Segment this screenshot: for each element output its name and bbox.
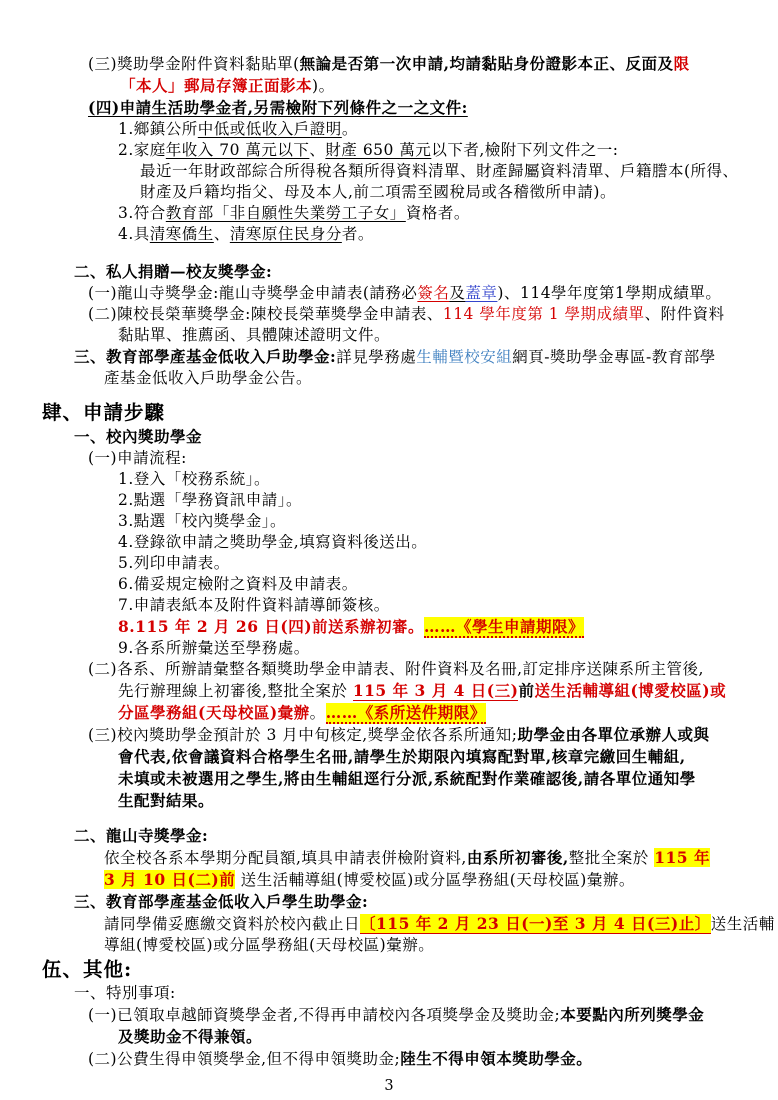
- doc-line: (二)各系、所辦請彙整各類獎助學金申請表、附件資料及名冊,訂定排序送陳系所主管後…: [88, 659, 778, 680]
- text-run: 三、教育部學產基金低收入戶學生助學金:: [74, 892, 368, 911]
- text-run: 無論是否第一次申請,均請黏貼身份證影本正、反面及: [300, 54, 674, 73]
- text-run: 請同學備妥應繳交資料於校內截止日: [104, 915, 360, 933]
- doc-line: 1.登入「校務系統」。: [118, 469, 778, 490]
- text-run: 二、私人捐贈—校友獎學金:: [74, 262, 272, 281]
- doc-line: 肆、申請步驟: [42, 399, 778, 426]
- text-run: (一)已領取卓越師資獎學金者,不得再申請校內各項獎學金及獎助金;: [88, 1006, 560, 1024]
- text-run: 2.家庭: [118, 141, 166, 159]
- doc-line: 8.115 年 2 月 26 日(四)前送系辦初審。……《學生申請期限》: [118, 616, 778, 638]
- text-run: ……《學生申請期限》: [424, 617, 584, 638]
- doc-line: 及獎助金不得兼領。: [118, 1026, 778, 1048]
- text-run: (三)獎助學金附件資料黏貼單(: [88, 55, 300, 73]
- text-run: 〔115 年 2 月 23 日(一)至 3 月 4 日(三)止〕: [360, 914, 711, 934]
- text-run: 財產 650 萬元: [325, 141, 431, 159]
- text-run: 3.符合: [118, 204, 166, 222]
- text-run: 8.115 年 2 月 26 日(四)前送系辦初審。: [118, 617, 424, 636]
- text-run: 本要點內所列獎學金: [560, 1005, 704, 1024]
- text-run: 生輔暨校安組: [416, 348, 512, 366]
- doc-line: 黏貼單、推薦函、具體陳述證明文件。: [118, 325, 778, 346]
- doc-line: 先行辦理線上初審後,整批全案於 115 年 3 月 4 日(三)前送生活輔導組(…: [118, 680, 778, 702]
- doc-line: 財產及戶籍均指父、母及本人,前二項需至國稅局或各稽徵所申請)。: [140, 182, 778, 203]
- text-run: 肆、申請步驟: [42, 401, 165, 424]
- text-run: 2.點選「學務資訊申請」。: [118, 491, 302, 509]
- text-run: 年收入 70 萬元以下: [166, 141, 310, 159]
- text-run: 送生活輔: [711, 915, 775, 933]
- doc-line: 一、校內獎助學金: [74, 426, 778, 448]
- doc-line: (三)獎助學金附件資料黏貼單(無論是否第一次申請,均請黏貼身份證影本正、反面及限: [88, 53, 778, 75]
- text-run: 生配對結果。: [118, 791, 214, 810]
- doc-line: 3 月 10 日(二)前 送生活輔導組(博愛校區)或分區學務組(天母校區)彙辦。: [104, 869, 778, 891]
- text-run: 一、特別事項:: [74, 984, 176, 1002]
- text-run: 網頁-獎助學金專區-教育部學: [512, 348, 715, 366]
- page-number: 3: [0, 1078, 778, 1094]
- text-run: 一、校內獎助學金: [74, 427, 202, 446]
- text-run: 、: [214, 225, 230, 243]
- text-run: 7.申請表紙本及附件資料請導師簽核。: [118, 596, 390, 614]
- doc-line: (三)校內獎助學金預計於 3 月中旬核定,獎學金依各系所通知;助學金由各單位承辦…: [88, 724, 778, 746]
- text-run: 依全校各系本學期分配員額,填具申請表併檢附資料,: [104, 849, 467, 867]
- text-run: 財產及戶籍均指父、母及本人,前二項需至國稅局或各稽徵所申請)。: [140, 183, 616, 201]
- doc-line: (一)龍山寺獎學金:龍山寺獎學金申請表(請務必簽名及蓋章)、114學年度第1學期…: [88, 283, 778, 304]
- text-run: 資格者。: [406, 204, 470, 222]
- document-body: (三)獎助學金附件資料黏貼單(無論是否第一次申請,均請黏貼身份證影本正、反面及限…: [0, 53, 778, 1070]
- text-run: 黏貼單、推薦函、具體陳述證明文件。: [118, 326, 390, 344]
- doc-line: 三、教育部學產基金低收入戶助學金:詳見學務處生輔暨校安組網頁-獎助學金專區-教育…: [74, 346, 778, 368]
- text-run: 產基金低收入戶助學金公告。: [104, 369, 312, 387]
- text-run: 詳見學務處: [336, 348, 416, 366]
- text-run: 以下者,檢附下列文件之一:: [431, 141, 618, 159]
- text-run: 3 月 10 日(二)前: [104, 870, 235, 889]
- text-run: 中低或低收入戶證明: [198, 120, 342, 138]
- doc-line: (四)申請生活助學金者,另需檢附下列條件之一之文件:: [88, 97, 778, 119]
- text-run: 及: [449, 284, 465, 302]
- doc-line: 分區學務組(天母校區)彙辦。……《系所送件期限》: [118, 702, 778, 724]
- doc-line: 2.點選「學務資訊申請」。: [118, 490, 778, 511]
- text-run: )、114學年度第1學期成績單。: [497, 284, 721, 302]
- doc-line: (一)已領取卓越師資獎學金者,不得再申請校內各項獎學金及獎助金;本要點內所列獎學…: [88, 1004, 778, 1026]
- text-run: 助學金由各單位承辦人或與: [517, 725, 709, 744]
- doc-line: 1.鄉鎮公所中低或低收入戶證明。: [118, 119, 778, 140]
- text-run: 伍、其他:: [42, 958, 132, 981]
- text-run: 、附件資料: [645, 305, 725, 323]
- doc-line: 最近一年財政部綜合所得稅各類所得資料清單、財產歸屬資料清單、戶籍謄本(所得、: [140, 161, 778, 182]
- text-run: (二)陳校長榮華獎學金:陳校長榮華獎學金申請表、: [88, 305, 443, 323]
- text-run: (一)申請流程:: [88, 449, 187, 467]
- doc-line: 4.具清寒僑生、清寒原住民身分者。: [118, 224, 778, 245]
- text-run: 1.登入「校務系統」。: [118, 470, 270, 488]
- text-run: 。: [310, 704, 326, 722]
- text-run: 114 學年度第 1 學期成績單: [443, 305, 645, 323]
- document-page: (三)獎助學金附件資料黏貼單(無論是否第一次申請,均請黏貼身份證影本正、反面及限…: [0, 0, 778, 1100]
- text-run: 、: [309, 141, 325, 159]
- text-run: 4.具: [118, 225, 150, 243]
- text-run: 未填或未被選用之學生,將由生輔組逕行分派,系統配對作業確認後,請各單位通知學: [118, 769, 696, 788]
- text-run: (一)龍山寺獎學金:龍山寺獎學金申請表(請務必: [88, 284, 417, 302]
- doc-line: (二)公費生得申領獎學金,但不得申領獎助金;陸生不得申領本獎助學金。: [88, 1048, 778, 1070]
- doc-line: 7.申請表紙本及附件資料請導師簽核。: [118, 595, 778, 616]
- text-run: (二)各系、所辦請彙整各類獎助學金申請表、附件資料及名冊,訂定排序送陳系所主管後…: [88, 660, 704, 678]
- text-run: 115 年 3 月 4 日(三): [353, 681, 519, 701]
- text-run: 5.列印申請表。: [118, 554, 230, 572]
- text-run: 「本人」郵局存簿正面影本: [120, 76, 312, 95]
- text-run: 二、龍山寺獎學金:: [74, 826, 208, 845]
- text-run: 導組(博愛校區)或分區學務組(天母校區)彙辦。: [104, 936, 434, 954]
- text-run: 9.各系所辦彙送至學務處。: [118, 639, 310, 657]
- text-run: 4.登錄欲申請之獎助學金,填寫資料後送出。: [118, 533, 427, 551]
- text-run: 陸生不得申領本獎助學金。: [400, 1049, 592, 1068]
- doc-line: 6.備妥規定檢附之資料及申請表。: [118, 574, 778, 595]
- text-run: 及獎助金不得兼領。: [118, 1027, 262, 1046]
- doc-line: 5.列印申請表。: [118, 553, 778, 574]
- text-run: 清寒原住民身分: [230, 225, 342, 243]
- text-run: 6.備妥規定檢附之資料及申請表。: [118, 575, 358, 593]
- text-run: 115 年: [654, 848, 710, 867]
- text-run: 限: [674, 54, 690, 73]
- doc-line: 3.符合教育部「非自願性失業勞工子女」資格者。: [118, 203, 778, 224]
- text-run: 蓋章: [465, 284, 497, 302]
- doc-line: (一)申請流程:: [88, 448, 778, 469]
- doc-line: (二)陳校長榮華獎學金:陳校長榮華獎學金申請表、114 學年度第 1 學期成績單…: [88, 304, 778, 325]
- doc-line: 依全校各系本學期分配員額,填具申請表併檢附資料,由系所初審後,整批全案於 115…: [104, 847, 778, 869]
- doc-line: 一、特別事項:: [74, 983, 778, 1004]
- doc-line: 會代表,依會議資料合格學生名冊,請學生於期限內填寫配對單,核章完繳回生輔組,: [118, 746, 778, 768]
- text-run: (三)校內獎助學金預計於 3 月中旬核定,獎學金依各系所通知;: [88, 726, 517, 744]
- doc-line: 3.點選「校內獎學金」。: [118, 511, 778, 532]
- text-run: )。: [312, 77, 335, 95]
- doc-line: 請同學備妥應繳交資料於校內截止日〔115 年 2 月 23 日(一)至 3 月 …: [104, 913, 778, 935]
- doc-line: 9.各系所辦彙送至學務處。: [118, 638, 778, 659]
- text-run: 分區學務組(天母校區)彙辦: [118, 703, 310, 722]
- doc-line: 未填或未被選用之學生,將由生輔組逕行分派,系統配對作業確認後,請各單位通知學: [118, 768, 778, 790]
- text-run: ……《系所送件期限》: [326, 703, 486, 724]
- doc-line: 導組(博愛校區)或分區學務組(天母校區)彙辦。: [104, 935, 778, 956]
- text-run: 先行辦理線上初審後,整批全案於: [118, 682, 353, 700]
- text-run: 前: [518, 681, 534, 700]
- doc-line: 二、龍山寺獎學金:: [74, 825, 778, 847]
- doc-line: 二、私人捐贈—校友獎學金:: [74, 261, 778, 283]
- text-run: 最近一年財政部綜合所得稅各類所得資料清單、財產歸屬資料清單、戶籍謄本(所得、: [140, 162, 739, 180]
- doc-line: 伍、其他:: [42, 956, 778, 983]
- text-run: (二)公費生得申領獎學金,但不得申領獎助金;: [88, 1050, 400, 1068]
- text-run: (四)申請生活助學金者,另需檢附下列條件之一之文件:: [88, 98, 468, 117]
- text-run: 送生活輔導組(博愛校區)或: [534, 681, 726, 700]
- doc-line: 「本人」郵局存簿正面影本)。: [120, 75, 778, 97]
- text-run: 送生活輔導組(博愛校區)或分區學務組(天母校區)彙辦。: [235, 871, 635, 889]
- text-run: 三、教育部學產基金低收入戶助學金:: [74, 347, 336, 366]
- text-run: 簽名: [417, 284, 449, 302]
- doc-line: 2.家庭年收入 70 萬元以下、財產 650 萬元以下者,檢附下列文件之一:: [118, 140, 778, 161]
- text-run: 會代表,依會議資料合格學生名冊,請學生於期限內填寫配對單,核章完繳回生輔組,: [118, 747, 686, 766]
- text-run: 由系所初審後,: [467, 848, 569, 867]
- doc-line: 生配對結果。: [118, 790, 778, 812]
- text-run: 者。: [342, 225, 374, 243]
- text-run: 3.點選「校內獎學金」。: [118, 512, 286, 530]
- text-run: 清寒僑生: [150, 225, 214, 243]
- text-run: 1.鄉鎮公所: [118, 120, 198, 138]
- text-run: 。: [342, 120, 358, 138]
- text-run: 教育部「非自願性失業勞工子女」: [166, 204, 406, 222]
- text-run: 整批全案於: [569, 849, 654, 867]
- doc-line: 4.登錄欲申請之獎助學金,填寫資料後送出。: [118, 532, 778, 553]
- doc-line: 產基金低收入戶助學金公告。: [104, 368, 778, 389]
- doc-line: 三、教育部學產基金低收入戶學生助學金:: [74, 891, 778, 913]
